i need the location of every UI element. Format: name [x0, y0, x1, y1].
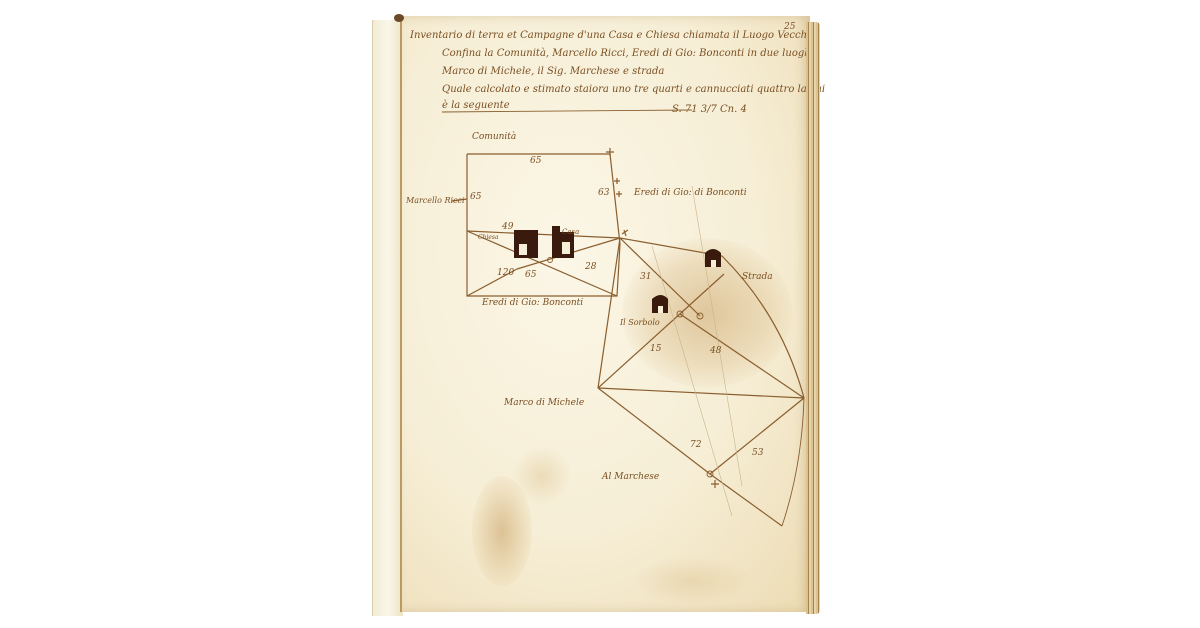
measure-diag-upper: 31: [640, 272, 651, 282]
measure-mid-left: 49: [502, 222, 513, 232]
label-comunita: Comunità: [472, 132, 516, 142]
measure-left: 65: [470, 192, 481, 202]
label-eredi-bonconti-south: Eredi di Gio: Bonconti: [482, 298, 583, 308]
measure-bottom-left: 120: [497, 268, 514, 278]
binding-nub: [394, 14, 404, 22]
measure-top: 65: [530, 156, 541, 166]
right-page-edges: [806, 22, 820, 614]
label-il-sorbolo: Il Sorbolo: [620, 318, 660, 327]
measure-mid-right: 28: [585, 262, 596, 272]
measure-lower-left: 72: [690, 440, 701, 450]
measure-bottom-mid: 65: [525, 270, 536, 280]
label-casa: Casa: [562, 228, 579, 236]
survey-map-drawing: [402, 16, 810, 612]
manuscript-page: 25 Inventario di terra et Campagne d'una…: [400, 16, 810, 612]
label-chiesa: Chiesa: [478, 234, 499, 241]
label-marco-di-michele: Marco di Michele: [504, 398, 584, 408]
measure-diag-right: 48: [710, 346, 721, 356]
label-strada: Strada: [742, 272, 773, 282]
measure-right: 63: [598, 188, 609, 198]
left-page-edge: [372, 20, 403, 616]
label-al-marchese: Al Marchese: [602, 472, 659, 482]
manuscript-book: 25 Inventario di terra et Campagne d'una…: [368, 12, 824, 620]
label-eredi-bonconti-east: Eredi di Gio: di Bonconti: [634, 188, 747, 198]
measure-diag-mid: 15: [650, 344, 661, 354]
label-marcello-ricci: Marcello Ricci: [406, 196, 465, 205]
measure-lower-right: 53: [752, 448, 763, 458]
